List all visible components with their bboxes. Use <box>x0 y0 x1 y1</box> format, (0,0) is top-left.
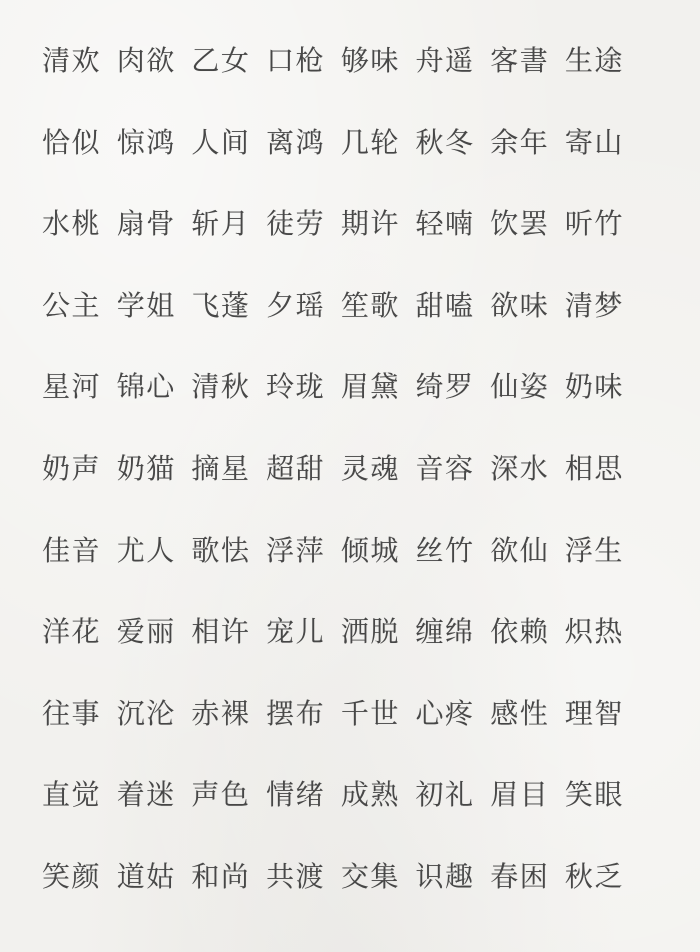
word-cell: 舟遥 <box>416 44 475 78</box>
word-cell: 歌怯 <box>191 534 250 568</box>
word-cell: 学姐 <box>117 289 176 323</box>
word-cell: 灵魂 <box>341 452 400 486</box>
word-cell: 理智 <box>565 697 624 731</box>
word-cell: 飞蓬 <box>191 289 250 323</box>
word-row: 洋花 爱丽 相许 宠儿 洒脱 缠绵 依赖 炽热 <box>42 615 624 649</box>
word-cell: 浮生 <box>565 534 624 568</box>
word-cell: 感性 <box>490 697 549 731</box>
word-cell: 炽热 <box>565 615 624 649</box>
word-cell: 人间 <box>191 126 250 160</box>
word-row: 清欢 肉欲 乙女 口枪 够味 舟遥 客書 生途 <box>42 44 624 78</box>
word-cell: 欲仙 <box>490 534 549 568</box>
word-cell: 秋乏 <box>565 860 624 894</box>
word-cell: 公主 <box>42 289 101 323</box>
word-cell: 轻喃 <box>416 207 475 241</box>
word-cell: 欲味 <box>490 289 549 323</box>
word-row: 奶声 奶猫 摘星 超甜 灵魂 音容 深水 相思 <box>42 452 624 486</box>
word-cell: 斩月 <box>191 207 250 241</box>
word-grid: 清欢 肉欲 乙女 口枪 够味 舟遥 客書 生途 恰似 惊鸿 人间 离鸿 几轮 秋… <box>0 0 700 952</box>
word-cell: 寄山 <box>565 126 624 160</box>
word-cell: 音容 <box>416 452 475 486</box>
word-cell: 徒劳 <box>266 207 325 241</box>
word-cell: 余年 <box>490 126 549 160</box>
word-cell: 清梦 <box>565 289 624 323</box>
word-cell: 绮罗 <box>416 370 475 404</box>
word-cell: 和尚 <box>191 860 250 894</box>
word-cell: 几轮 <box>341 126 400 160</box>
word-row: 公主 学姐 飞蓬 夕瑶 笙歌 甜嗑 欲味 清梦 <box>42 289 624 323</box>
word-cell: 仙姿 <box>490 370 549 404</box>
word-cell: 倾城 <box>341 534 400 568</box>
word-cell: 洒脱 <box>341 615 400 649</box>
word-cell: 生途 <box>565 44 624 78</box>
word-cell: 相许 <box>191 615 250 649</box>
word-cell: 心疼 <box>416 697 475 731</box>
word-cell: 宠儿 <box>266 615 325 649</box>
word-row: 水桃 扇骨 斩月 徒劳 期许 轻喃 饮罢 听竹 <box>42 207 624 241</box>
word-cell: 成熟 <box>341 778 400 812</box>
word-cell: 佳音 <box>42 534 101 568</box>
word-cell: 洋花 <box>42 615 101 649</box>
word-cell: 相思 <box>565 452 624 486</box>
word-row: 往事 沉沦 赤裸 摆布 千世 心疼 感性 理智 <box>42 697 624 731</box>
word-row: 星河 锦心 清秋 玲珑 眉黛 绮罗 仙姿 奶味 <box>42 370 624 404</box>
word-cell: 依赖 <box>490 615 549 649</box>
word-row: 恰似 惊鸿 人间 离鸿 几轮 秋冬 余年 寄山 <box>42 126 624 160</box>
word-cell: 浮萍 <box>266 534 325 568</box>
word-cell: 笑颜 <box>42 860 101 894</box>
word-cell: 着迷 <box>117 778 176 812</box>
word-cell: 摆布 <box>266 697 325 731</box>
word-cell: 摘星 <box>191 452 250 486</box>
word-cell: 够味 <box>341 44 400 78</box>
word-cell: 识趣 <box>416 860 475 894</box>
word-cell: 甜嗑 <box>416 289 475 323</box>
word-cell: 口枪 <box>266 44 325 78</box>
word-cell: 夕瑶 <box>266 289 325 323</box>
word-cell: 清欢 <box>42 44 101 78</box>
word-cell: 肉欲 <box>117 44 176 78</box>
word-cell: 道姑 <box>117 860 176 894</box>
word-cell: 听竹 <box>565 207 624 241</box>
word-cell: 扇骨 <box>117 207 176 241</box>
word-cell: 千世 <box>341 697 400 731</box>
word-cell: 初礼 <box>416 778 475 812</box>
word-cell: 秋冬 <box>416 126 475 160</box>
word-cell: 笑眼 <box>565 778 624 812</box>
word-cell: 尤人 <box>117 534 176 568</box>
word-cell: 清秋 <box>191 370 250 404</box>
word-cell: 奶猫 <box>117 452 176 486</box>
word-cell: 交集 <box>341 860 400 894</box>
word-cell: 往事 <box>42 697 101 731</box>
word-cell: 缠绵 <box>416 615 475 649</box>
word-cell: 水桃 <box>42 207 101 241</box>
word-cell: 客書 <box>490 44 549 78</box>
page-background: 清欢 肉欲 乙女 口枪 够味 舟遥 客書 生途 恰似 惊鸿 人间 离鸿 几轮 秋… <box>0 0 700 952</box>
word-cell: 眉黛 <box>341 370 400 404</box>
word-cell: 笙歌 <box>341 289 400 323</box>
word-cell: 声色 <box>191 778 250 812</box>
word-row: 佳音 尤人 歌怯 浮萍 倾城 丝竹 欲仙 浮生 <box>42 534 624 568</box>
word-cell: 离鸿 <box>266 126 325 160</box>
word-cell: 眉目 <box>490 778 549 812</box>
word-cell: 恰似 <box>42 126 101 160</box>
word-cell: 直觉 <box>42 778 101 812</box>
word-cell: 情绪 <box>266 778 325 812</box>
word-row: 直觉 着迷 声色 情绪 成熟 初礼 眉目 笑眼 <box>42 778 624 812</box>
word-cell: 共渡 <box>266 860 325 894</box>
word-cell: 超甜 <box>266 452 325 486</box>
word-cell: 饮罢 <box>490 207 549 241</box>
word-cell: 沉沦 <box>117 697 176 731</box>
word-cell: 乙女 <box>191 44 250 78</box>
word-cell: 锦心 <box>117 370 176 404</box>
word-cell: 丝竹 <box>416 534 475 568</box>
word-cell: 春困 <box>490 860 549 894</box>
word-row: 笑颜 道姑 和尚 共渡 交集 识趣 春困 秋乏 <box>42 860 624 894</box>
word-cell: 奶味 <box>565 370 624 404</box>
word-cell: 玲珑 <box>266 370 325 404</box>
word-cell: 期许 <box>341 207 400 241</box>
word-cell: 深水 <box>490 452 549 486</box>
word-cell: 奶声 <box>42 452 101 486</box>
word-cell: 惊鸿 <box>117 126 176 160</box>
word-cell: 爱丽 <box>117 615 176 649</box>
word-cell: 星河 <box>42 370 101 404</box>
word-cell: 赤裸 <box>191 697 250 731</box>
